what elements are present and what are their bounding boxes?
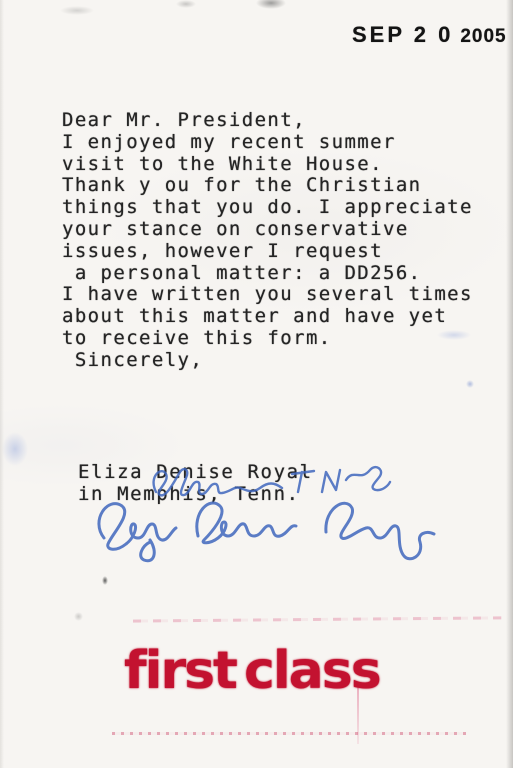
scan-edge-right	[506, 0, 513, 768]
letter-body: Dear Mr. President, I enjoyed my recent …	[62, 110, 473, 372]
letter-line: Thank y ou for the Christian	[62, 175, 473, 197]
ink-speck	[102, 576, 108, 585]
scanned-letter: SEP 2 02005 Dear Mr. President, I enjoye…	[0, 0, 513, 768]
blue-ink-smudge	[466, 380, 474, 388]
letter-line: to receive this form.	[62, 328, 473, 350]
date-stamp-year: 2005	[460, 26, 506, 47]
letter-line: about this matter and have yet	[62, 306, 473, 328]
letter-line: I have written you several times	[62, 284, 473, 306]
signature-handwriting	[86, 492, 438, 568]
scan-smudge	[176, 0, 196, 8]
pink-dotted-line	[112, 732, 466, 735]
blue-ink-smudge	[2, 432, 28, 466]
letter-line: visit to the White House.	[62, 154, 473, 176]
letter-line: your stance on conservative	[62, 219, 473, 241]
pink-smudge-line	[128, 616, 502, 622]
letter-line: things that you do. I appreciate	[62, 197, 473, 219]
first-class-stamp: first class	[124, 641, 380, 701]
letter-line: Sincerely,	[62, 350, 473, 372]
date-stamp-month-day: SEP 2 0	[352, 22, 453, 47]
letter-line: Dear Mr. President,	[62, 110, 473, 132]
scan-edge-left	[0, 0, 4, 768]
letter-line: issues, however I request	[62, 241, 473, 263]
date-stamp: SEP 2 02005	[352, 22, 507, 48]
letter-line: I enjoyed my recent summer	[62, 132, 473, 154]
scan-smudge	[256, 0, 286, 9]
scan-smudge	[60, 6, 94, 15]
letter-line: a personal matter: a DD256.	[62, 263, 473, 285]
scan-smudge	[74, 612, 83, 621]
